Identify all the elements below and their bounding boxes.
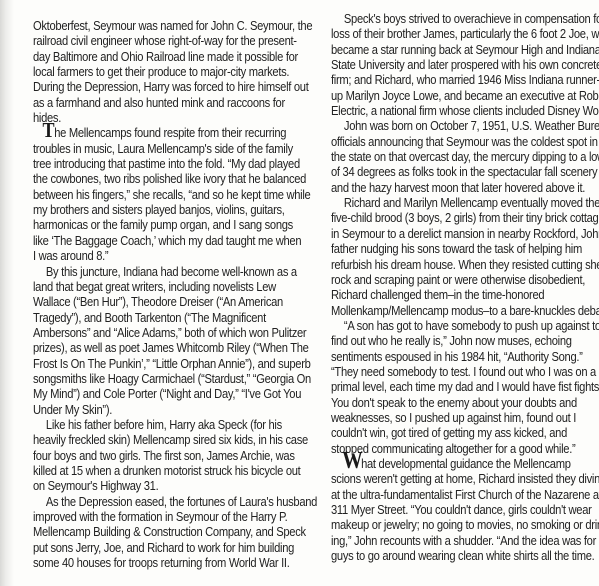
text-line: killed at 15 when a drunken motorist str…	[33, 463, 301, 478]
text-line: Frost Is On The Punkin’,” “Little Orphan…	[33, 356, 301, 371]
text-line: 311 Myer Street. “You couldn't dance, gi…	[331, 502, 596, 517]
text-line: By this juncture, Indiana had become wel…	[33, 264, 301, 279]
text-line: at the ultra-fundamentalist First Church…	[331, 487, 596, 502]
text-line: up Marilyn Joyce Lowe, and became an exe…	[331, 88, 596, 103]
text-line: hides.	[33, 110, 301, 125]
text-line: primal level, each time my dad and I wou…	[331, 379, 596, 394]
text-line: day Baltimore and Ohio Railroad line mad…	[33, 49, 301, 64]
text-line: What developmental guidance the Mellenca…	[331, 456, 596, 471]
text-line: songsmiths like Hoagy Carmichael (“Stard…	[33, 371, 301, 386]
text-line: became a star running back at Seymour Hi…	[331, 42, 596, 57]
text-line: troubles in music, Laura Mellencamp's si…	[33, 141, 301, 156]
text-line: Speck's boys strived to overachieve in c…	[331, 11, 596, 26]
text-line: guys to go around wearing clean white sh…	[331, 548, 596, 563]
text-line: improved with the formation in Seymour o…	[33, 509, 301, 524]
text-line: some 40 houses for troops returning from…	[33, 555, 301, 570]
text-line: sentiments espoused in his 1984 hit, “Au…	[331, 349, 596, 364]
text-line: four boys and two girls. The first son, …	[33, 448, 301, 463]
text-line: local farmers to get their produce to ma…	[33, 64, 301, 79]
text-line: makeup or jewelry; no going to movies, n…	[331, 517, 596, 532]
paragraph: Speck's boys strived to overachieve in c…	[331, 11, 596, 118]
text-line: firm; and Richard, who married 1946 Miss…	[331, 72, 596, 87]
text-line: John was born on October 7, 1951, U.S. W…	[331, 118, 596, 133]
text-line: loss of their brother James, particularl…	[331, 26, 596, 41]
paragraph: Like his father before him, Harry aka Sp…	[33, 417, 301, 494]
text-line: the state on that overcast day, the merc…	[331, 149, 596, 164]
page-gutter-shadow	[0, 0, 14, 586]
text-line: tree introducing that pastime into the f…	[33, 156, 301, 171]
text-line: rock and scraping paint or were otherwis…	[331, 272, 596, 287]
text-fragment: hat developmental guidance the Mellencam…	[361, 456, 571, 471]
text-line: on Seymour's Highway 31.	[33, 478, 301, 493]
paragraph: As the Depression eased, the fortunes of…	[33, 494, 301, 571]
text-line: ing,” John recounts with a shudder. “And…	[331, 533, 596, 548]
text-line: Under My Skin”).	[33, 402, 301, 417]
text-line: Ambersons” and “Alice Adams,” both of wh…	[33, 325, 301, 340]
text-line: the cowbones, two ribs polished like ivo…	[33, 171, 301, 186]
right-column: Speck's boys strived to overachieve in c…	[331, 11, 596, 563]
text-line: Like his father before him, Harry aka Sp…	[33, 417, 301, 432]
text-fragment: he Mellencamps found respite from their …	[54, 125, 286, 140]
text-line: between his fingers,” she recalls, “and …	[33, 187, 301, 202]
text-line: put sons Jerry, Joe, and Richard to work…	[33, 540, 301, 555]
paragraph: The Mellencamps found respite from their…	[33, 125, 301, 263]
text-line: Wallace (“Ben Hur”), Theodore Dreiser (“…	[33, 294, 301, 309]
text-line: Electric, a national firm whose clients …	[331, 103, 596, 118]
text-line: The Mellencamps found respite from their…	[33, 125, 301, 140]
text-line: stopped communicating altogether for a g…	[331, 441, 596, 456]
text-line: Oktoberfest, Seymour was named for John …	[33, 18, 301, 33]
text-line: find out who he really is,” John now mus…	[331, 333, 596, 348]
text-line: like ‘The Baggage Coach,’ which my dad t…	[33, 233, 301, 248]
paragraph: Oktoberfest, Seymour was named for John …	[33, 18, 301, 125]
text-line: my brothers and sisters played banjos, v…	[33, 202, 301, 217]
text-line: harmonicas or the family pump organ, and…	[33, 217, 301, 232]
text-line: State University and later prospered wit…	[331, 57, 596, 72]
text-line: in Seymour to a derelict mansion in near…	[331, 226, 596, 241]
drop-cap: T	[42, 118, 54, 142]
text-line: During the Depression, Harry was forced …	[33, 79, 301, 94]
text-line: and the hazy harvest moon that later hov…	[331, 180, 596, 195]
text-line: Richard challenged them–in the time-hono…	[331, 287, 596, 302]
text-line: Mellencamp Building & Construction Compa…	[33, 524, 301, 539]
text-line: You don't speak to the enemy about your …	[331, 395, 596, 410]
text-line: As the Depression eased, the fortunes of…	[33, 494, 301, 509]
paragraph: “A son has got to have somebody to push …	[331, 318, 596, 456]
paragraph: By this juncture, Indiana had become wel…	[33, 264, 301, 417]
text-line: land that begat great writers, including…	[33, 279, 301, 294]
paragraph: Richard and Marilyn Mellencamp eventuall…	[331, 195, 596, 318]
text-line: Tragedy”), and Booth Tarkenton (“The Mag…	[33, 310, 301, 325]
text-line: refurbish his dream house. When they res…	[331, 257, 596, 272]
text-line: weaknesses, so I pushed up against him, …	[331, 410, 596, 425]
drop-cap: W	[342, 448, 361, 474]
text-line: Richard and Marilyn Mellencamp eventuall…	[331, 195, 596, 210]
text-line: My Mind”) and Cole Porter (“Night and Da…	[33, 386, 301, 401]
text-line: “They need somebody to test. I found out…	[331, 364, 596, 379]
paragraph: John was born on October 7, 1951, U.S. W…	[331, 118, 596, 195]
text-line: officials announcing that Seymour was th…	[331, 134, 596, 149]
text-line: couldn't win, got tired of getting my as…	[331, 425, 596, 440]
text-line: scions weren't getting at home, Richard …	[331, 471, 596, 486]
text-line: prizes), as well as poet James Whitcomb …	[33, 340, 301, 355]
text-line: heavily freckled skin) Mellencamp sired …	[33, 432, 301, 447]
text-line: “A son has got to have somebody to push …	[331, 318, 596, 333]
text-line: railroad civil engineer whose right-of-w…	[33, 33, 301, 48]
paragraph: What developmental guidance the Mellenca…	[331, 456, 596, 563]
text-line: I was around 8.”	[33, 248, 301, 263]
text-line: Mollenkamp/Mellencamp modus–to a bare-kn…	[331, 303, 596, 318]
left-column: Oktoberfest, Seymour was named for John …	[33, 18, 301, 570]
text-line: as a farmhand and also hunted mink and r…	[33, 95, 301, 110]
text-line: father nudging his sons toward the task …	[331, 241, 596, 256]
text-line: of 34 degrees as folks took in the spect…	[331, 164, 596, 179]
text-line: five-child brood (3 boys, 2 girls) from …	[331, 210, 596, 225]
